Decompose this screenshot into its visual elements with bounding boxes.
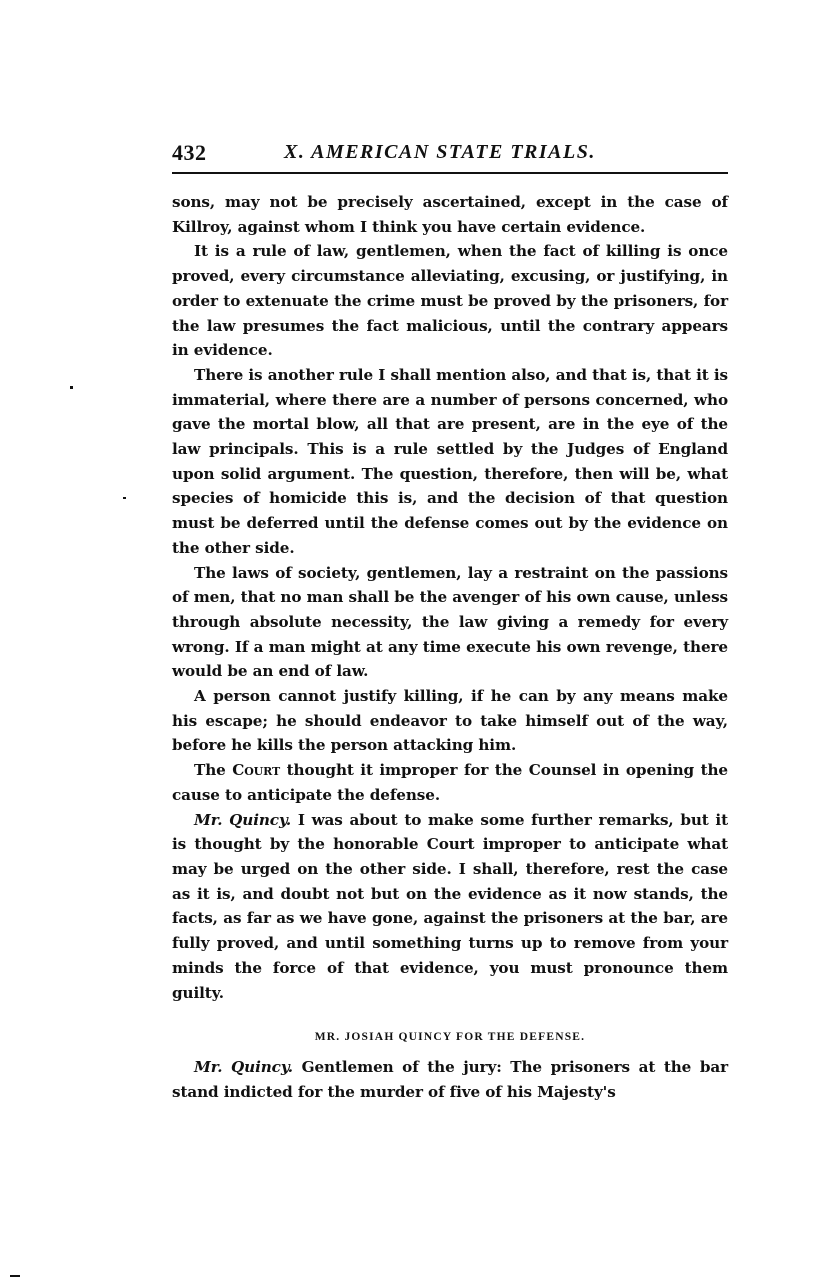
paragraph-rule-of-law: It is a rule of law, gentlemen, when the… [172, 239, 728, 363]
page-number: 432 [172, 140, 207, 166]
paragraph-continued: sons, may not be precisely ascertained, … [172, 190, 728, 239]
paragraph-text: There is another rule I shall mention al… [172, 366, 728, 557]
paragraph-text: A person cannot justify killing, if he c… [172, 687, 728, 754]
running-title: X. AMERICAN STATE TRIALS. [284, 141, 596, 164]
header-rule [172, 172, 728, 174]
paragraph-quincy-closing: Mr. Quincy. I was about to make some fur… [172, 808, 728, 1006]
court-smallcaps: Court [232, 761, 280, 779]
scan-speck [10, 1275, 20, 1277]
paragraph-laws-of-society: The laws of society, gentlemen, lay a re… [172, 561, 728, 685]
body-text: sons, may not be precisely ascertained, … [172, 190, 728, 1105]
scan-speck [70, 386, 73, 389]
running-head: 432 X. AMERICAN STATE TRIALS. [172, 140, 728, 170]
paragraph-text: The laws of society, gentlemen, lay a re… [172, 564, 728, 681]
book-page: 432 X. AMERICAN STATE TRIALS. sons, may … [172, 140, 728, 170]
paragraph-text: I was about to make some further remarks… [172, 811, 728, 1002]
speaker-label: Mr. Quincy. [194, 1058, 293, 1076]
section-heading: MR. JOSIAH QUINCY FOR THE DEFENSE. [172, 1027, 728, 1047]
paragraph-text: It is a rule of law, gentlemen, when the… [172, 242, 728, 359]
scan-speck [123, 497, 126, 499]
paragraph-quincy-defense: Mr. Quincy. Gentlemen of the jury: The p… [172, 1055, 728, 1104]
speaker-label: Mr. Quincy. [194, 811, 291, 829]
paragraph-court-ruling: The Court thought it improper for the Co… [172, 758, 728, 807]
paragraph-lead: The [194, 761, 232, 779]
paragraph-another-rule: There is another rule I shall mention al… [172, 363, 728, 561]
paragraph-justify-killing: A person cannot justify killing, if he c… [172, 684, 728, 758]
paragraph-text: sons, may not be precisely ascertained, … [172, 193, 728, 236]
